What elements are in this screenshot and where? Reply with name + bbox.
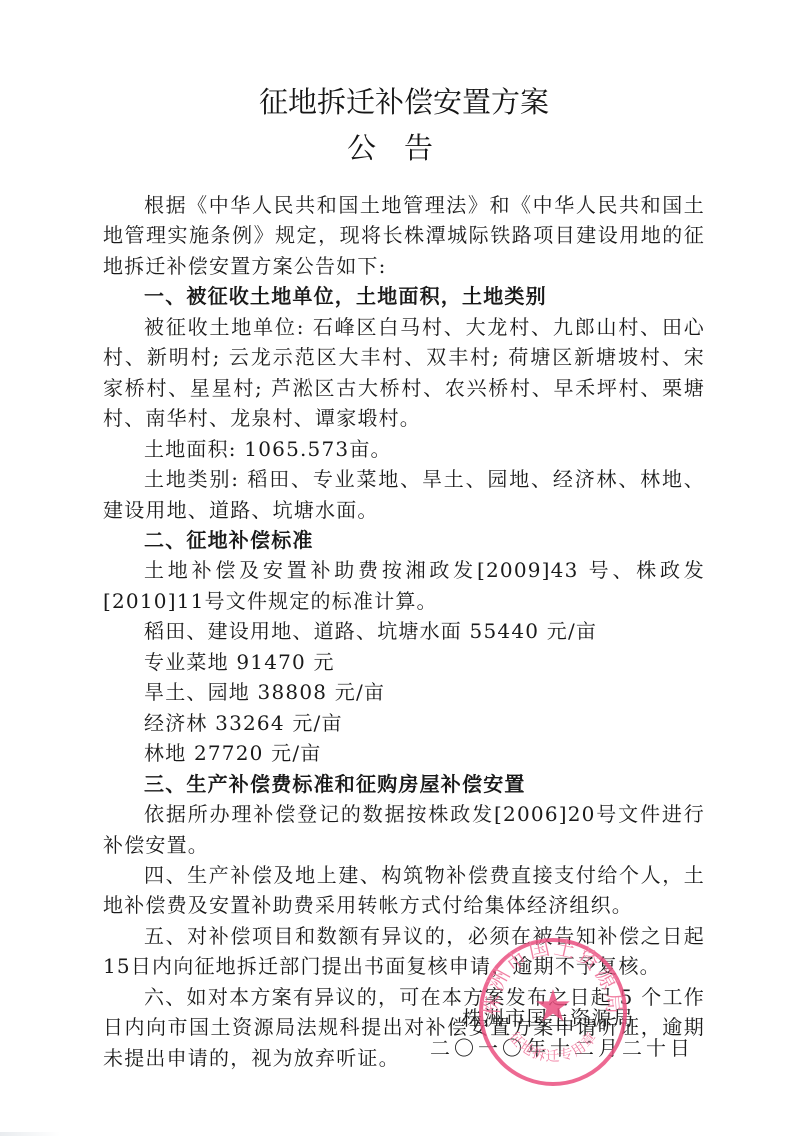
land-area-paragraph: 土地面积: 1065.573亩。 bbox=[103, 434, 705, 464]
signature-date: 二〇一〇年十二月二十日 bbox=[430, 1034, 694, 1062]
section-heading-2: 二、征地补偿标准 bbox=[103, 525, 705, 555]
document-subtitle: 公告 bbox=[0, 130, 800, 166]
scan-edge-shadow bbox=[0, 1132, 60, 1136]
document-body: 根据《中华人民共和国土地管理法》和《中华人民共和国土地管理实施条例》规定，现将长… bbox=[103, 190, 705, 1073]
section-heading-3: 三、生产补偿费标准和征购房屋补偿安置 bbox=[103, 769, 705, 799]
section-heading-1: 一、被征收土地单位，土地面积，土地类别 bbox=[103, 281, 705, 311]
intro-paragraph: 根据《中华人民共和国土地管理法》和《中华人民共和国土地管理实施条例》规定，现将长… bbox=[103, 190, 705, 281]
signature-organization: 株洲市国土资源局 bbox=[462, 1004, 635, 1032]
section-4-paragraph: 四、生产补偿及地上建、构筑物补偿费直接支付给个人，土地补偿费及安置补助费采用转帐… bbox=[103, 860, 705, 921]
land-units-paragraph: 被征收土地单位: 石峰区白马村、大龙村、九郎山村、田心村、新明村; 云龙示范区大… bbox=[103, 312, 705, 434]
section-5-paragraph: 五、对补偿项目和数额有异议的，必须在被告知补偿之日起15日内向征地拆迁部门提出书… bbox=[103, 921, 705, 982]
document-title: 征地拆迁补偿安置方案 bbox=[0, 84, 800, 120]
document-page: 征地拆迁补偿安置方案 公告 根据《中华人民共和国土地管理法》和《中华人民共和国土… bbox=[0, 0, 800, 1136]
land-category-paragraph: 土地类别: 稻田、专业菜地、旱土、园地、经济林、林地、建设用地、道路、坑塘水面。 bbox=[103, 464, 705, 525]
rate-line-economic-forest: 经济林 33264 元/亩 bbox=[103, 708, 705, 738]
rate-line-paddy: 稻田、建设用地、道路、坑塘水面 55440 元/亩 bbox=[103, 616, 705, 646]
compensation-basis-paragraph: 土地补偿及安置补助费按湘政发[2009]43 号、株政发[2010]11号文件规… bbox=[103, 555, 705, 616]
production-compensation-paragraph: 依据所办理补偿登记的数据按株政发[2006]20号文件进行补偿安置。 bbox=[103, 799, 705, 860]
rate-line-forest: 林地 27720 元/亩 bbox=[103, 738, 705, 768]
rate-line-dryland: 旱土、园地 38808 元/亩 bbox=[103, 677, 705, 707]
rate-line-vegetable: 专业菜地 91470 元 bbox=[103, 647, 705, 677]
